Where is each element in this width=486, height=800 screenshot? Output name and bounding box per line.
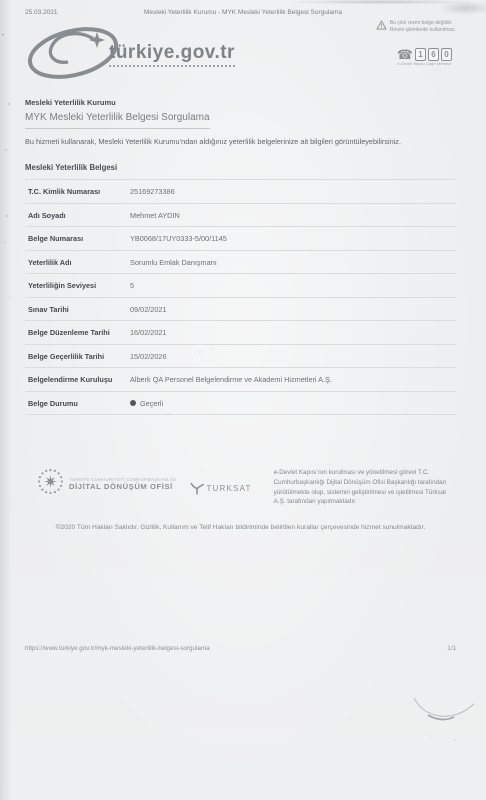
print-footer-page-number: 1/1 [447,645,456,652]
table-row: Adı Soyadı Mehmet AYDIN [25,203,456,227]
phone-icon: ☎ [397,48,413,61]
table-row: T.C. Kimlik Numarası 25169273386 [25,179,456,203]
service-description: Bu hizmeti kullanarak, Mesleki Yeterlili… [25,137,456,146]
section-title: Mesleki Yeterlilik Belgesi [25,163,456,172]
table-row: Belgelendirme Kuruluşu Alberk QA Persone… [25,367,456,391]
scan-speck: ” [2,34,4,41]
row-label: Sınav Tarihi [28,305,130,314]
row-label: Belge Numarası [28,234,130,243]
masthead: türkiye.gov.tr Bu çıktı resmi belge deği… [25,20,456,86]
row-label: Adı Soyadı [28,211,130,220]
digital-transformation-office-label: TÜRKİYE CUMHURİYETİ CUMHURBAŞKANLIĞI DİJ… [69,477,176,491]
page-title: MYK Mesleki Yeterlilik Belgesi Sorgulama [25,112,210,129]
row-value: 15/02/2026 [130,352,167,361]
row-value: 16/02/2021 [130,328,167,337]
row-label: Yeterliliğin Seviyesi [28,281,130,290]
scanned-document-page: ” Mesleki Yeterlilik Kurumu - MYK Meslek… [0,0,486,800]
row-label: Yeterlilik Adı [28,258,130,267]
print-footer-url: https://www.turkiye.gov.tr/myk-mesleki-y… [25,645,210,652]
call-center-digit: 0 [441,48,452,61]
table-row: Yeterliliğin Seviyesi 5 [25,273,456,297]
row-label: T.C. Kimlik Numarası [28,187,130,196]
print-header-date: 25.03.2021 [25,9,58,16]
row-value: Mehmet AYDIN [130,211,180,220]
turkiye-gov-tr-logo[interactable]: türkiye.gov.tr [25,22,235,87]
logo-wordmark: türkiye.gov.tr [109,42,235,67]
row-label: Belge Geçerlilik Tarihi [28,352,130,361]
breadcrumb-agency[interactable]: Mesleki Yeterlilik Kurumu [25,98,456,107]
footer-info-text: e-Devlet Kapısı’nın kurulması ve yönetil… [274,468,456,507]
row-value: 09/02/2021 [130,305,167,314]
row-label: Belgelendirme Kuruluşu [28,375,130,384]
turksat-label: TURKSAT [206,484,251,493]
print-footer: https://www.turkiye.gov.tr/myk-mesleki-y… [25,645,456,652]
row-value: Sorumlu Emlak Danışmanı [130,258,217,267]
call-center-badge: ☎ 1 6 0 e-Devlet Kapısı Çağrı Merkezi [397,48,452,66]
footer-logos: TÜRKİYE CUMHURİYETİ CUMHURBAŞKANLIĞI DİJ… [37,468,252,500]
certificate-table: T.C. Kimlik Numarası 25169273386 Adı Soy… [25,179,456,415]
status-value: Geçerli [130,399,163,408]
row-value: 25169273386 [130,187,175,196]
row-value: 5 [130,281,134,290]
call-center-digit: 1 [415,48,426,61]
status-dot-icon [130,400,136,406]
row-value: Alberk QA Personel Belgelendirme ve Akad… [130,375,332,384]
disclaimer-text: Bu çıktı resmi belge değildir. Resmi işl… [390,20,456,35]
breadcrumb: Mesleki Yeterlilik Kurumu MYK Mesleki Ye… [25,98,456,129]
table-row: Belge Numarası YB0068/17UY0333-5/00/1145 [25,226,456,250]
warning-triangle-icon [376,20,387,33]
print-header: Mesleki Yeterlilik Kurumu - MYK Mesleki … [25,0,456,16]
print-disclaimer: Bu çıktı resmi belge değildir. Resmi işl… [376,20,456,35]
page-footer: TÜRKİYE CUMHURİYETİ CUMHURBAŞKANLIĞI DİJ… [25,468,456,507]
call-center-caption: e-Devlet Kapısı Çağrı Merkezi [397,62,452,66]
call-center-digit: 6 [428,48,439,61]
table-row: Sınav Tarihi 09/02/2021 [25,297,456,321]
row-value: YB0068/17UY0333-5/00/1145 [130,234,227,243]
presidency-sun-emblem-icon [37,468,64,500]
copyright-text: ©2020 Tüm Hakları Saklıdır. Gizlilik, Ku… [25,524,456,531]
turksat-icon [190,482,204,495]
table-row: Belge Geçerlilik Tarihi 15/02/2026 [25,344,456,368]
row-label: Belge Durumu [28,399,130,408]
scan-scratch-artifact [408,688,480,735]
row-label: Belge Düzenleme Tarihi [28,328,130,337]
status-text: Geçerli [140,399,163,408]
print-header-title: Mesleki Yeterlilik Kurumu - MYK Mesleki … [0,9,486,16]
table-row-status: Belge Durumu Geçerli [25,391,456,416]
table-row: Yeterlilik Adı Sorumlu Emlak Danışmanı [25,250,456,274]
turksat-logo: TURKSAT [190,482,251,495]
table-row: Belge Düzenleme Tarihi 16/02/2021 [25,320,456,344]
